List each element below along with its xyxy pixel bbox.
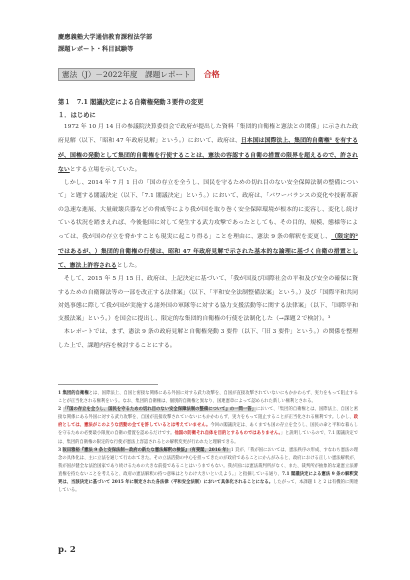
footnote-divider: [58, 384, 158, 385]
paragraph-3: そして、2015 年 5 月 15 日、政府は、上記決定に基づいて、「我が国及び…: [58, 273, 358, 326]
footnote-1: 1 集団的自衛権とは、国際法上、自国と密接な関係にある外国に対する武力攻撃を、自…: [58, 390, 358, 406]
footnote-number: 2: [58, 407, 61, 412]
footnote-term: 集団的自衛権: [63, 391, 89, 396]
footnote-number: 1: [58, 391, 61, 396]
paragraph-text: とする立場を示していた。: [70, 167, 141, 173]
page-number: p. 2: [58, 545, 76, 555]
footnote-number: 3: [58, 448, 61, 453]
title-bar: 憲法（J）－2022年度 課題レポート 合格: [58, 68, 220, 81]
footnote-2: 2 「『国の存立を全うし、国民を守るための切れ目のない安全保障法制の整備について…: [58, 406, 358, 446]
footnote-source: 「『国の存立を全うし、国民を守るための切れ目のない安全保障法制の整備について』の…: [63, 407, 256, 412]
paragraph-2: しかし、2014 年 7 月 1 日の「国の存立を全うし、国民を守るための切れ目…: [58, 177, 358, 273]
document-category: 課題レポート・科目試験等: [58, 46, 133, 54]
footnotes: 1 集団的自衛権とは、国際法上、自国と密接な関係にある外国に対する武力攻撃を、自…: [58, 390, 358, 495]
document-page: 慶應義塾大学通信教育課程法学部 課題レポート・科目試験等 憲法（J）－2022年…: [0, 0, 410, 580]
section-heading: 第１ 7.1 閣議決定による自衛権発動３要件の変更: [58, 96, 358, 109]
footnote-text: とは、国際法上、自国と密接な関係にある外国に対する武力攻撃を、自国が直接攻撃され…: [58, 391, 358, 404]
footnote-3: 3 阪田雅裕『憲法 9 条と安保法制－政府の新たな憲法解釈の検証』（有斐閣，20…: [58, 447, 358, 496]
body-paragraphs: 1972 年 10 月 14 日の参議院決算委員会で政府が提出した資料「集団的自…: [58, 121, 358, 353]
paragraph-1: 1972 年 10 月 14 日の参議院決算委員会で政府が提出した資料「集団的自…: [58, 121, 358, 177]
paragraph-4: 本レポートでは、まず、憲法 9 条の政府見解と自衛権発動 3 要件（以下、「旧 …: [58, 326, 358, 353]
institution-header: 慶應義塾大学通信教育課程法学部: [58, 34, 152, 42]
paragraph-text: とした。: [117, 263, 141, 269]
footnote-source: 阪田雅裕『憲法 9 条と安保法制－政府の新たな憲法解釈の検証』（有斐閣，2016…: [63, 448, 231, 453]
document-title: 憲法（J）－2022年度 課題レポート: [58, 68, 195, 81]
paragraph-text: しかし、2014 年 7 月 1 日の「国の存立を全うし、国民を守るための切れ目…: [58, 180, 358, 240]
red-emphasis: 他国の防衛それ自体を目的とするものではありません。: [174, 431, 280, 436]
status-badge: 合格: [204, 69, 220, 80]
